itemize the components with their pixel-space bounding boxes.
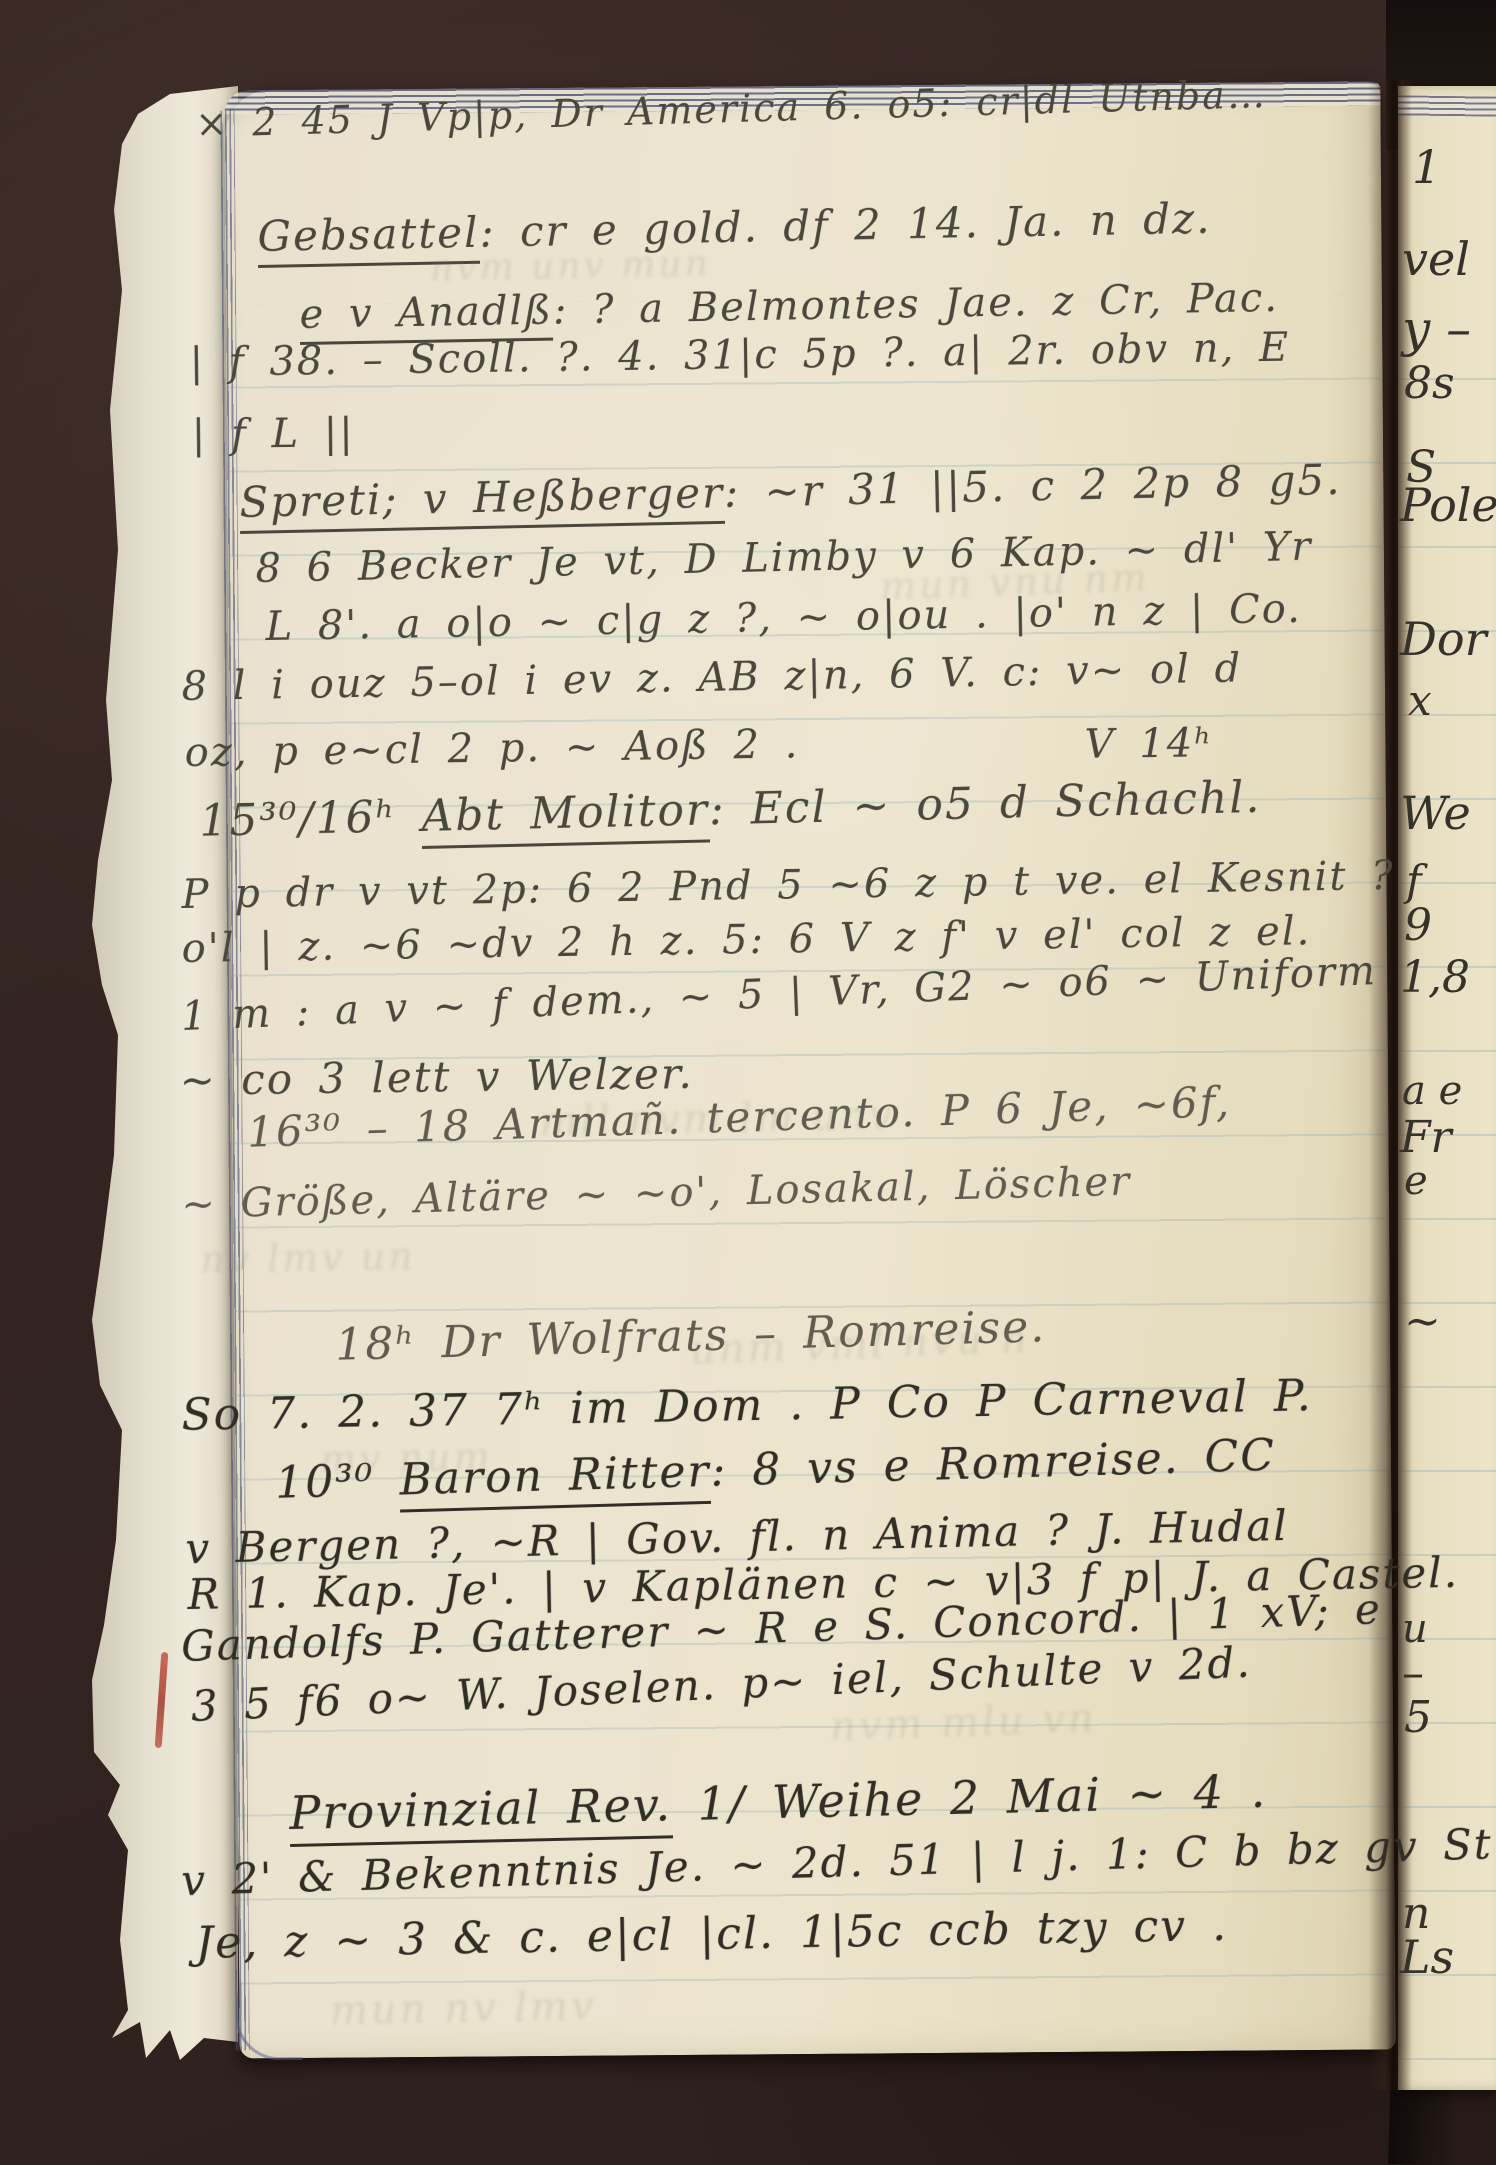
photo-backdrop: × 2 45 J Vp|p, Dr America 6. o5: cr|dl U…	[0, 0, 1496, 2165]
torn-page-stubs	[92, 80, 238, 2065]
gutter-shadow	[1368, 80, 1412, 2090]
notebook-page	[224, 81, 1395, 2058]
facing-page-sliver	[1398, 86, 1496, 2090]
ruled-lines	[228, 295, 1394, 2028]
facing-page-blue-rim	[1398, 95, 1496, 116]
facing-page-rules	[1398, 296, 1496, 2070]
page-blue-edge-rim	[224, 81, 1380, 114]
